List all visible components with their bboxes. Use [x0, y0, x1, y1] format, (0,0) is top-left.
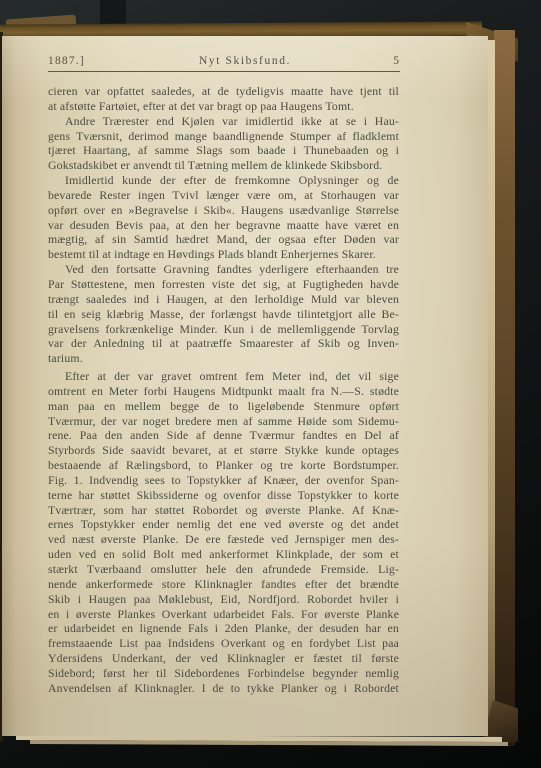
book-page: 1887.] Nyt Skibsfund. 5 cieren var opfat… [2, 36, 488, 736]
text-line: rene. Paa den anden Side af denne Tværmu… [48, 428, 399, 443]
text-line: til en seig klæbrig Masse, der forlængst… [48, 307, 399, 322]
text-line: Efter at der var gravet omtrent fem Mete… [48, 369, 399, 384]
text-line: uden ved en solid Bolt med ankerformet K… [48, 547, 399, 562]
text-line: Andre Trærester end Kjølen var imidlerti… [48, 114, 399, 129]
text-line: terne har støttet Skibssiderne og ovenfo… [48, 488, 399, 503]
paragraph: Efter at der var gravet omtrent fem Mete… [48, 369, 399, 696]
text-line: Imidlertid kunde der efter de fremkomne … [48, 173, 399, 188]
text-line: stærkt Tværbaand omslutter hele den afru… [48, 562, 399, 577]
body-text: cieren var opfattet saaledes, at de tyde… [48, 84, 399, 696]
text-line: nende ankerformede store Klinknagler fan… [48, 577, 399, 592]
text-line: at afstøtte Fartøiet, efter at det var b… [48, 99, 399, 114]
paragraph: Andre Trærester end Kjølen var imidlerti… [48, 114, 399, 173]
text-line: omtrent en Meter forbi Haugens Midtpunkt… [48, 384, 399, 399]
book-photo-background: 1887.] Nyt Skibsfund. 5 cieren var opfat… [0, 0, 541, 768]
text-line: ernes Topstykker ender nemlig det ene ve… [48, 517, 399, 532]
text-line: man paa en mellem begge de to ligeløbend… [48, 399, 399, 414]
text-line: Par Støttestene, men forresten viste det… [48, 277, 399, 292]
text-line: bestemt til at indtage en Høvdings Plads… [48, 247, 399, 262]
text-line: gens Tværsnit, derimod mange baandlignen… [48, 129, 399, 144]
text-line: var desuden Bevis paa, at den her begrav… [48, 218, 399, 233]
text-line: cieren var opfattet saaledes, at de tyde… [48, 84, 399, 99]
text-line: Fig. 1. Indvendig sees to Topstykker af … [48, 473, 399, 488]
text-line: bestaaende af Rælingsbord, to Planker og… [48, 458, 399, 473]
text-line: var der Anledning til at paatræffe Smaar… [48, 336, 399, 351]
text-line: Ydersidens Underkant, der ved Klinknagle… [48, 651, 399, 666]
text-line: Tværtrær, som har støttet Robordet og øv… [48, 503, 399, 518]
text-line: ved næst øverste Planke. De ere fæstede … [48, 532, 399, 547]
text-line: tjæret Haartang, af samme Slags som baad… [48, 143, 399, 158]
text-line: Ved den fortsatte Gravning fandtes yderl… [48, 262, 399, 277]
page-number: 5 [48, 55, 399, 67]
text-line: Sidebord; først her til Sidebordenes For… [48, 666, 399, 681]
text-line: Gokstadskibet er anvendt til Tætning mel… [48, 158, 399, 173]
text-line: bevarede Rester ingen Tvivl længer være … [48, 188, 399, 203]
paragraph: cieren var opfattet saaledes, at de tyde… [48, 84, 399, 114]
text-line: Anvendelsen af Klinknagler. I de to tykk… [48, 681, 399, 696]
paragraph: Ved den fortsatte Gravning fandtes yderl… [48, 262, 399, 366]
paragraph: Imidlertid kunde der efter de fremkomne … [48, 173, 399, 262]
text-line: opført over en »Begravelse i Skib«. Haug… [48, 203, 399, 218]
text-line: Styrbords Side saavidt bevaret, at et st… [48, 443, 399, 458]
text-line: er udarbeidet en lignende Fals i 2den Pl… [48, 621, 399, 636]
text-line: Tværmur, der var noget bredere men af sa… [48, 414, 399, 429]
text-line: Skib i Haugen paa Møklebust, Eid, Nordfj… [48, 592, 399, 607]
text-line: en i øverste Plankes Overkant udarbeidet… [48, 607, 399, 622]
text-line: mægtig, af sin Samtid hædret Mand, der o… [48, 232, 399, 247]
book-cover-right-edge [494, 30, 515, 746]
text-line: trængt saaledes ind i Haugen, at den ler… [48, 292, 399, 307]
text-line: gravelsens forkrænkelige Minder. Kun i d… [48, 322, 399, 337]
under-page-edge [30, 740, 508, 746]
header-rule [48, 71, 400, 72]
text-line: fremstaaende List paa Indsidens Overkant… [48, 636, 399, 651]
text-line: tarium. [48, 351, 399, 366]
